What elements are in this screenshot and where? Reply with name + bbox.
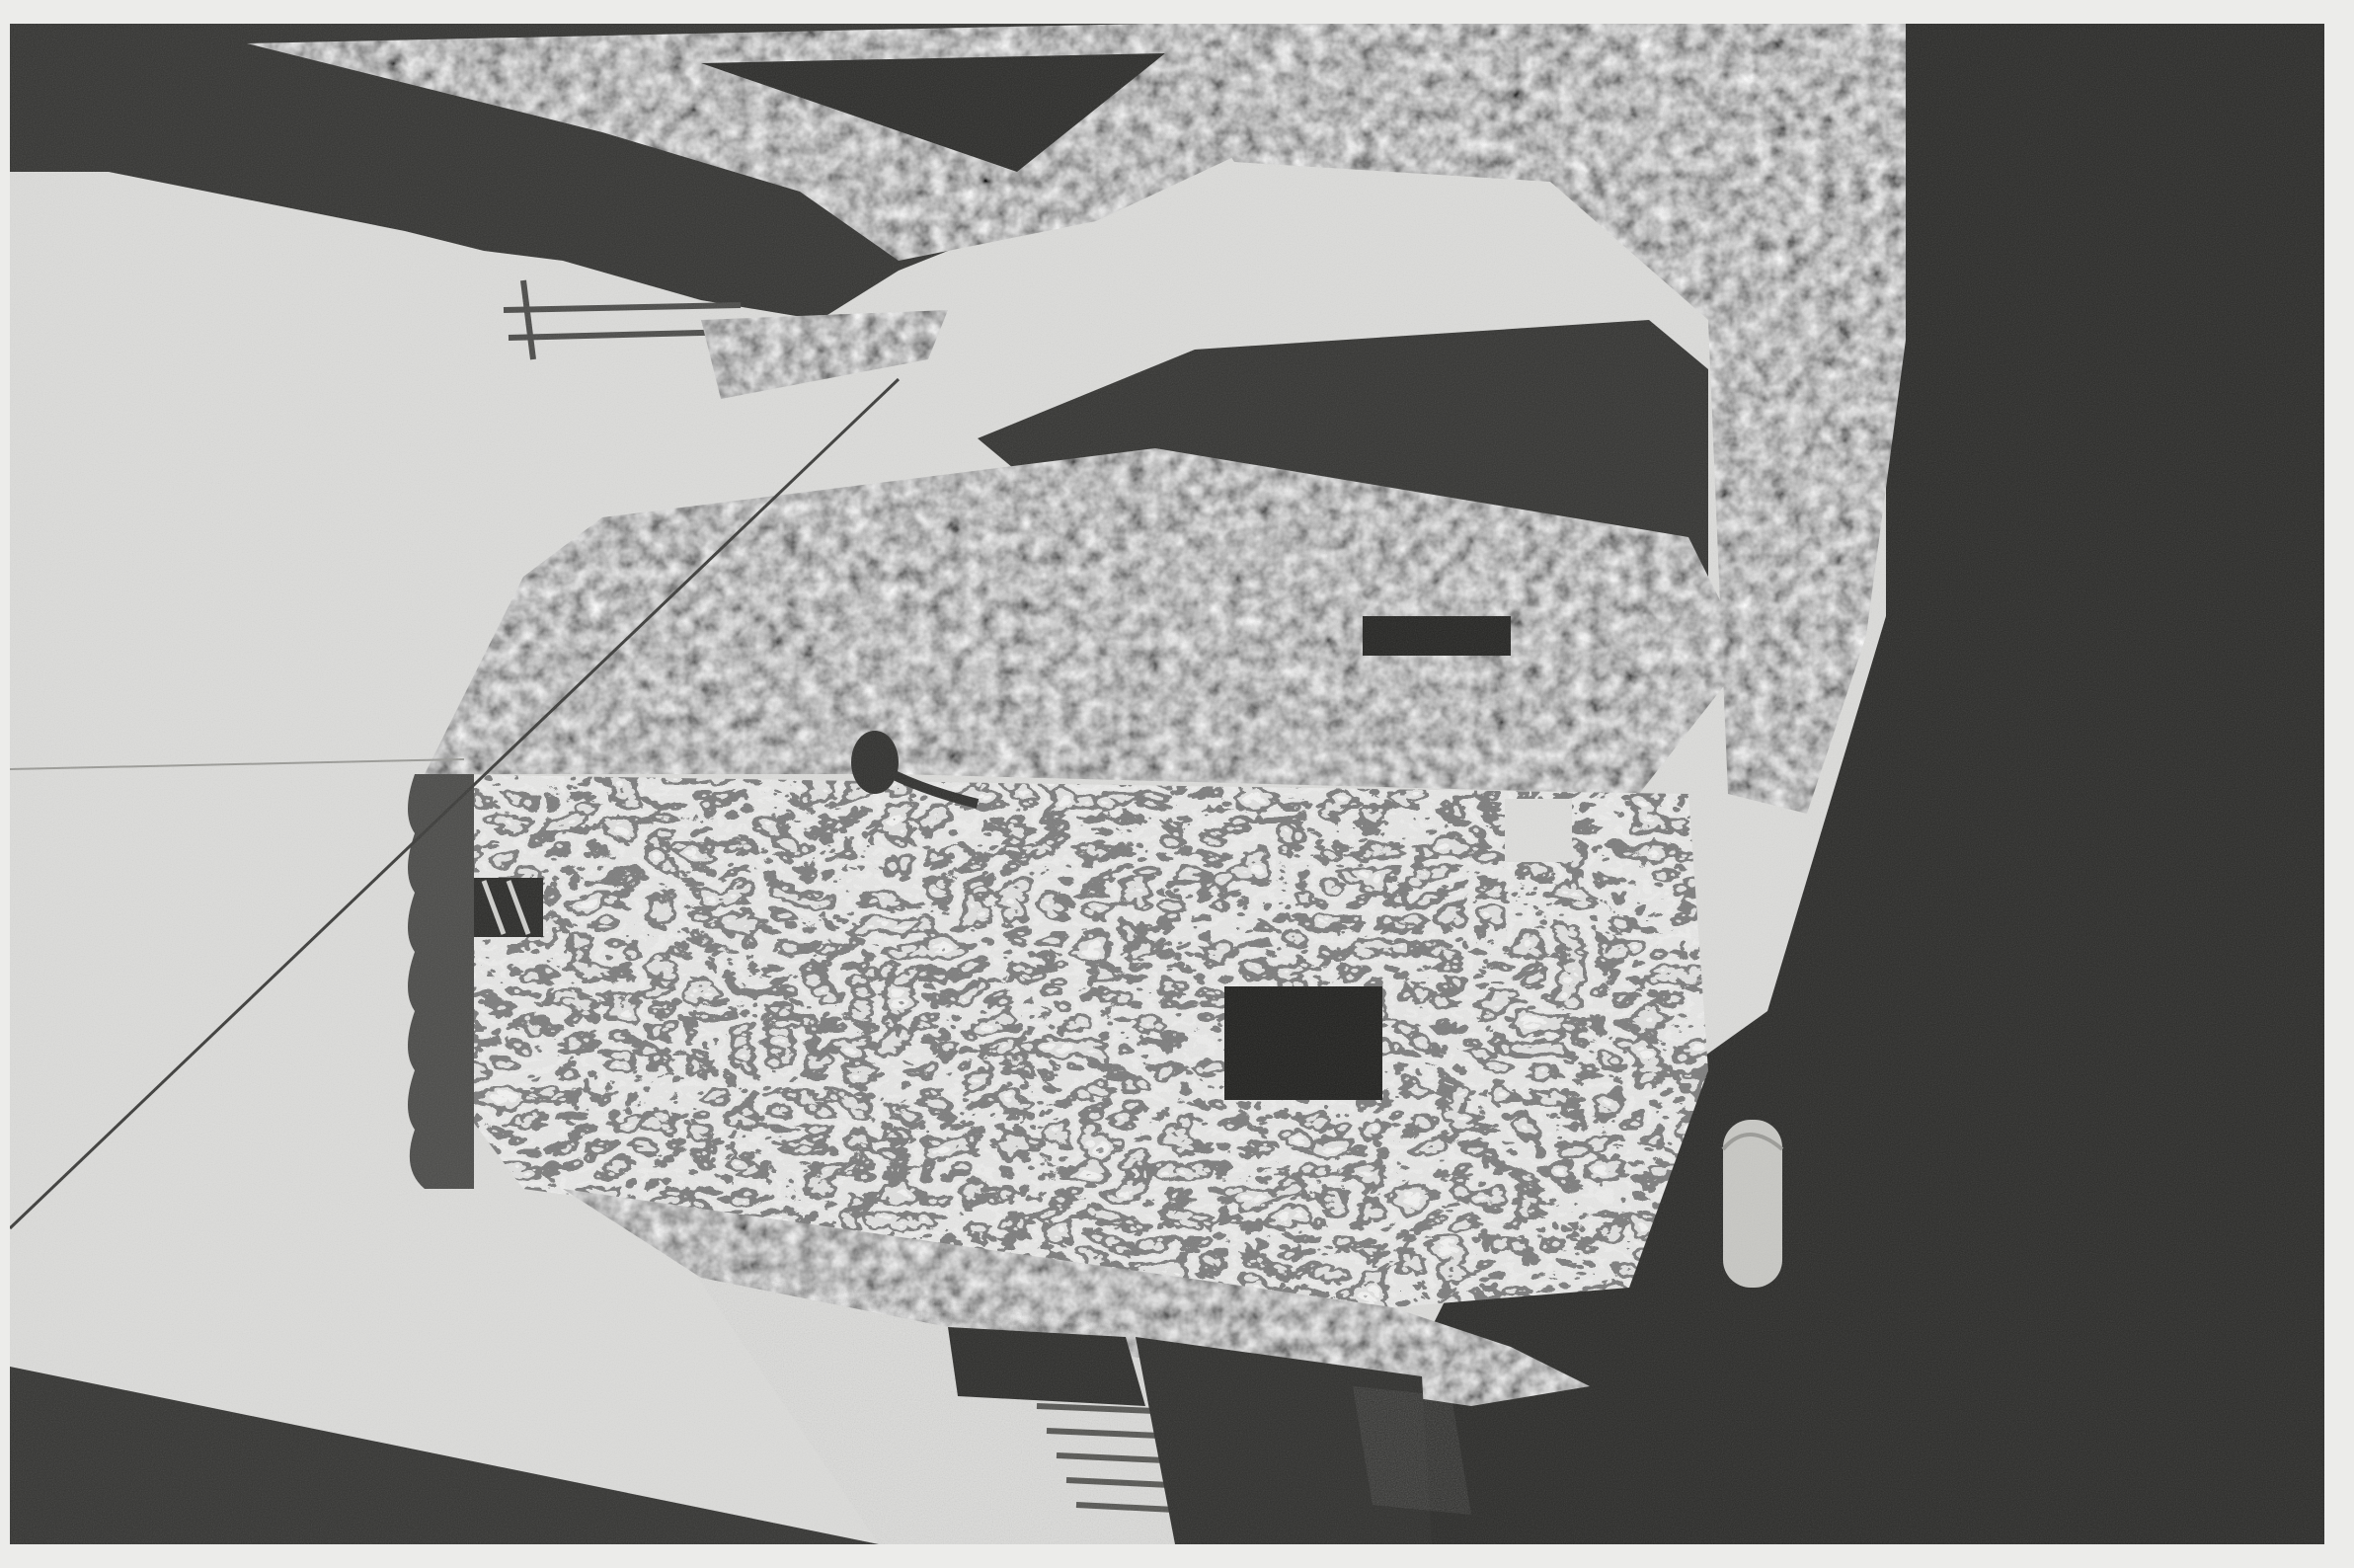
photograph: Stone house in a narrow street, looking … [10,24,2324,1544]
photo-print: Stone house in a narrow street, looking … [0,0,2354,1568]
film-grain [10,24,2324,1544]
